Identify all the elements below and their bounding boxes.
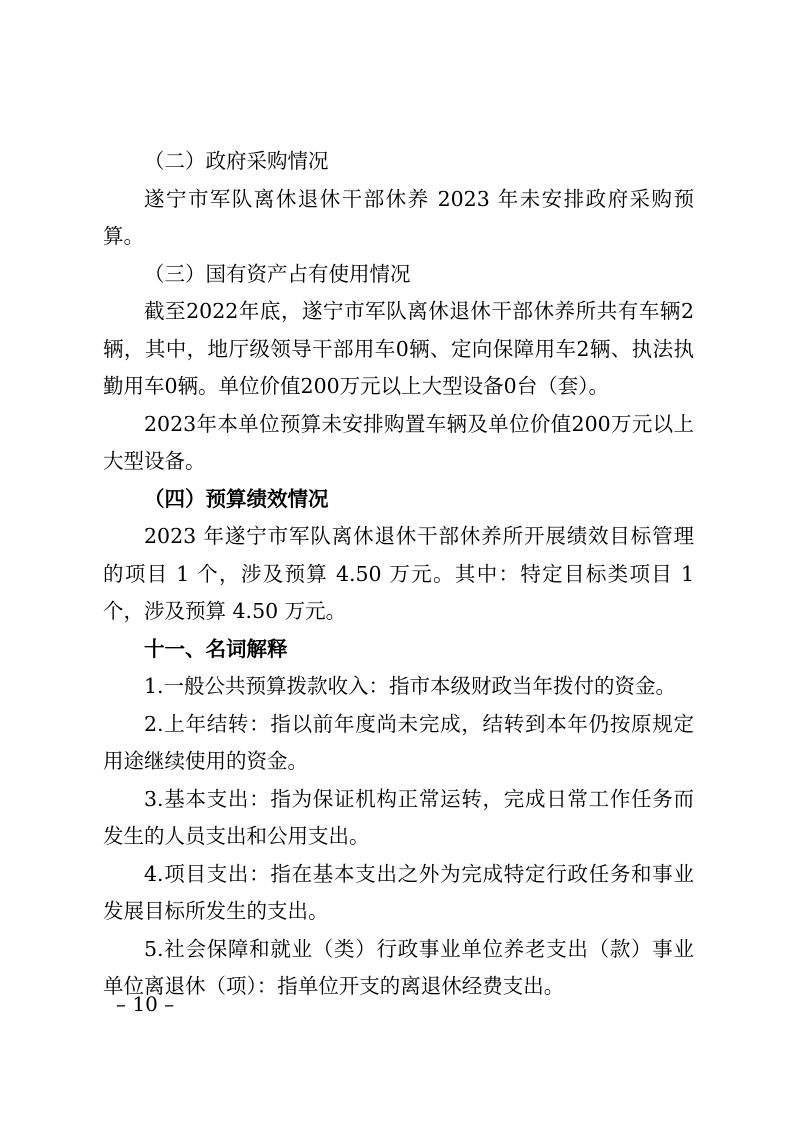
heading-glossary: 十一、名词解释 bbox=[103, 631, 694, 669]
glossary-term-1: 1.一般公共预算拨款收入：指市本级财政当年拨付的资金。 bbox=[103, 668, 694, 706]
glossary-term-2: 2.上年结转：指以前年度尚未完成，结转到本年仍按原规定用途继续使用的资金。 bbox=[103, 706, 694, 781]
heading-state-assets: （三）国有资产占有使用情况 bbox=[103, 256, 694, 294]
para-state-assets-2023: 2023年本单位预算未安排购置车辆及单位价值200万元以上大型设备。 bbox=[103, 406, 694, 481]
document-page: （二）政府采购情况遂宁市军队离休退休干部休养 2023 年未安排政府采购预算。（… bbox=[0, 0, 793, 1122]
heading-gov-procurement: （二）政府采购情况 bbox=[103, 143, 694, 181]
page-number: – 10 – bbox=[116, 992, 174, 1016]
para-state-assets-vehicles: 截至2022年底，遂宁市军队离休退休干部休养所共有车辆2辆，其中，地厅级领导干部… bbox=[103, 293, 694, 406]
heading-budget-performance: （四）预算绩效情况 bbox=[103, 481, 694, 519]
glossary-term-4: 4.项目支出：指在基本支出之外为完成特定行政任务和事业发展目标所发生的支出。 bbox=[103, 856, 694, 931]
para-gov-procurement: 遂宁市军队离休退休干部休养 2023 年未安排政府采购预算。 bbox=[103, 181, 694, 256]
glossary-term-3: 3.基本支出：指为保证机构正常运转，完成日常工作任务而发生的人员支出和公用支出。 bbox=[103, 781, 694, 856]
document-body: （二）政府采购情况遂宁市军队离休退休干部休养 2023 年未安排政府采购预算。（… bbox=[103, 143, 694, 1006]
glossary-term-5: 5.社会保障和就业（类）行政事业单位养老支出（款）事业单位离退休（项）：指单位开… bbox=[103, 931, 694, 1006]
para-budget-performance: 2023 年遂宁市军队离休退休干部休养所开展绩效目标管理的项目 1 个，涉及预算… bbox=[103, 518, 694, 631]
